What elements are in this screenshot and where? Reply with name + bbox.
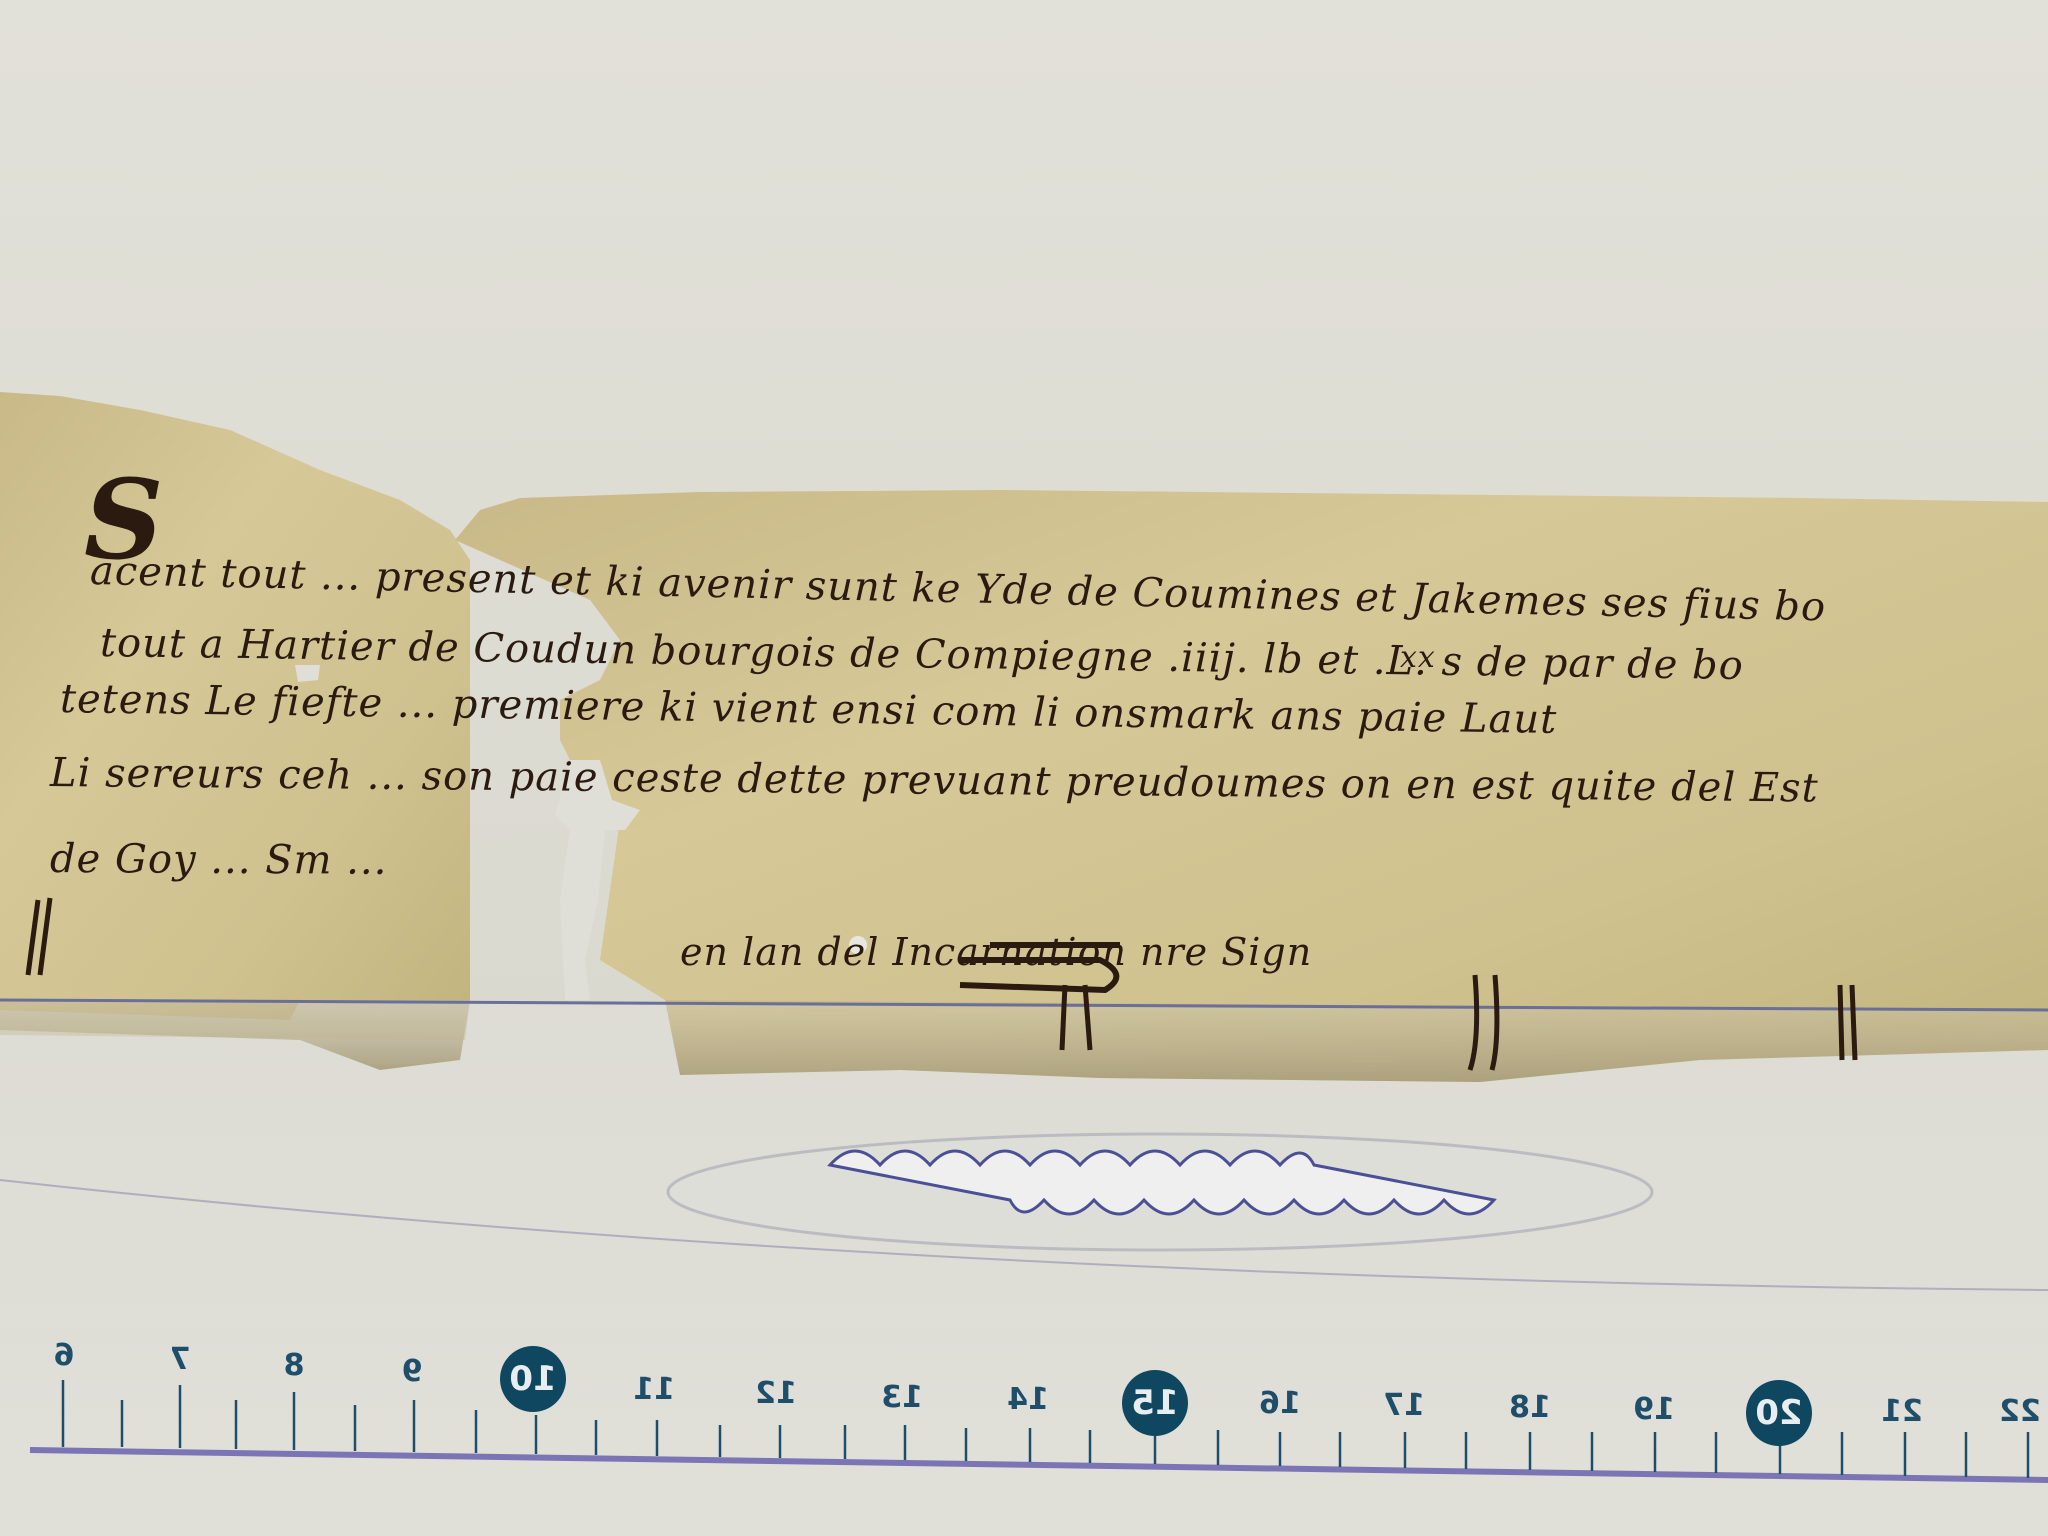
interlinear-mark: xx [1400,640,1436,675]
photo-scene: S acent tout ... present et ki avenir su… [0,0,2048,1536]
manuscript-line-6: en lan del Incarnation nre Sign [680,930,1312,974]
manuscript-line-5: de Goy ... Sm ... [50,836,388,884]
